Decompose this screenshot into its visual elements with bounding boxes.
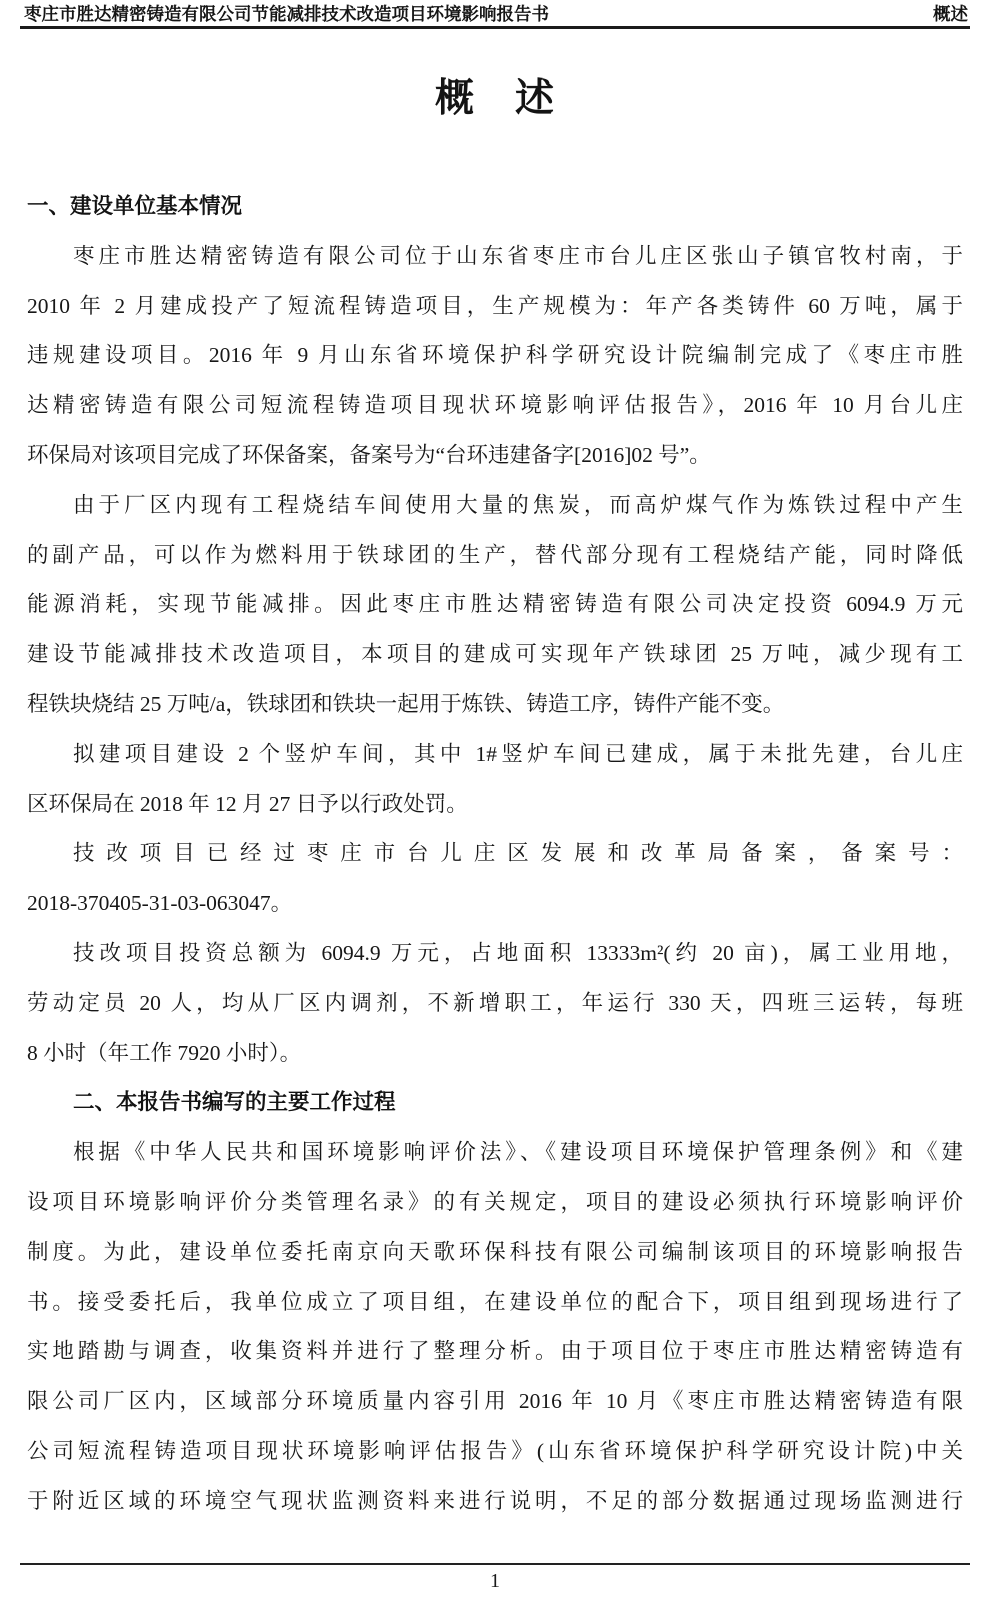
paragraph-line: 程铁块烧结 25 万吨/a，铁球团和铁块一起用于炼铁、铸造工序，铸件产能不变。 — [27, 680, 963, 730]
header-rule — [20, 26, 970, 29]
paragraph-line: 劳动定员 20 人，均从厂区内调剂，不新增职工，年运行 330 天，四班三运转，… — [27, 979, 963, 1029]
page-number: 1 — [0, 1568, 990, 1594]
paragraph-line: 公司短流程铸造项目现状环境影响评估报告》(山东省环境保护科学研究设计院)中关 — [27, 1427, 963, 1477]
paragraph-line: 设项目环境影响评价分类管理名录》的有关规定，项目的建设必须执行环境影响评价 — [27, 1178, 963, 1228]
document-body: 一、建设单位基本情况 枣庄市胜达精密铸造有限公司位于山东省枣庄市台儿庄区张山子镇… — [27, 182, 963, 1527]
paragraph-line: 建设节能减排技术改造项目，本项目的建成可实现年产铁球团 25 万吨，减少现有工 — [27, 630, 963, 680]
paragraph-line: 由于厂区内现有工程烧结车间使用大量的焦炭，而高炉煤气作为炼铁过程中产生 — [27, 481, 963, 531]
page-title: 概 述 — [0, 74, 990, 124]
paragraph-line: 限公司厂区内，区域部分环境质量内容引用 2016 年 10 月《枣庄市胜达精密铸… — [27, 1377, 963, 1427]
paragraph-line: 的副产品，可以作为燃料用于铁球团的生产，替代部分现有工程烧结产能，同时降低 — [27, 531, 963, 581]
paragraph-line: 达精密铸造有限公司短流程铸造项目现状环境影响评估报告》，2016 年 10 月台… — [27, 381, 963, 431]
paragraph-line: 2010 年 2 月建成投产了短流程铸造项目，生产规模为：年产各类铸件 60 万… — [27, 282, 963, 332]
paragraph-line: 2018-370405-31-03-063047。 — [27, 879, 963, 929]
paragraph-line: 技改项目已经过枣庄市台儿庄区发展和改革局备案，备案号： — [27, 829, 963, 879]
running-header-section: 概述 — [933, 4, 968, 25]
footer-rule — [20, 1563, 970, 1565]
running-header: 枣庄市胜达精密铸造有限公司节能减排技术改造项目环境影响报告书 概述 — [24, 4, 968, 25]
paragraph-line: 于附近区域的环境空气现状监测资料来进行说明，不足的部分数据通过现场监测进行 — [27, 1477, 963, 1527]
paragraph-line: 实地踏勘与调查，收集资料并进行了整理分析。由于项目位于枣庄市胜达精密铸造有 — [27, 1327, 963, 1377]
paragraph-line: 枣庄市胜达精密铸造有限公司位于山东省枣庄市台儿庄区张山子镇官牧村南，于 — [27, 232, 963, 282]
running-header-title: 枣庄市胜达精密铸造有限公司节能减排技术改造项目环境影响报告书 — [24, 4, 549, 25]
paragraph-line: 书。接受委托后，我单位成立了项目组，在建设单位的配合下，项目组到现场进行了 — [27, 1278, 963, 1328]
paragraph-line: 技改项目投资总额为 6094.9 万元，占地面积 13333m²(约 20 亩)… — [27, 929, 963, 979]
document-page: 枣庄市胜达精密铸造有限公司节能减排技术改造项目环境影响报告书 概述 概 述 一、… — [0, 0, 990, 1600]
paragraph-line: 区环保局在 2018 年 12 月 27 日予以行政处罚。 — [27, 780, 963, 830]
paragraph-line: 能源消耗，实现节能减排。因此枣庄市胜达精密铸造有限公司决定投资 6094.9 万… — [27, 580, 963, 630]
paragraph-line: 根据《中华人民共和国环境影响评价法》、《建设项目环境保护管理条例》和《建 — [27, 1128, 963, 1178]
paragraph-line: 环保局对该项目完成了环保备案，备案号为“台环违建备字[2016]02 号”。 — [27, 431, 963, 481]
paragraph-line: 8 小时（年工作 7920 小时）。 — [27, 1029, 963, 1079]
paragraph-line: 制度。为此，建设单位委托南京向天歌环保科技有限公司编制该项目的环境影响报告 — [27, 1228, 963, 1278]
section-heading-1: 一、建设单位基本情况 — [27, 182, 963, 232]
paragraph-line: 拟建项目建设 2 个竖炉车间，其中 1#竖炉车间已建成，属于未批先建，台儿庄 — [27, 730, 963, 780]
paragraph-line: 违规建设项目。2016 年 9 月山东省环境保护科学研究设计院编制完成了《枣庄市… — [27, 331, 963, 381]
section-heading-2: 二、本报告书编写的主要工作过程 — [27, 1078, 963, 1128]
